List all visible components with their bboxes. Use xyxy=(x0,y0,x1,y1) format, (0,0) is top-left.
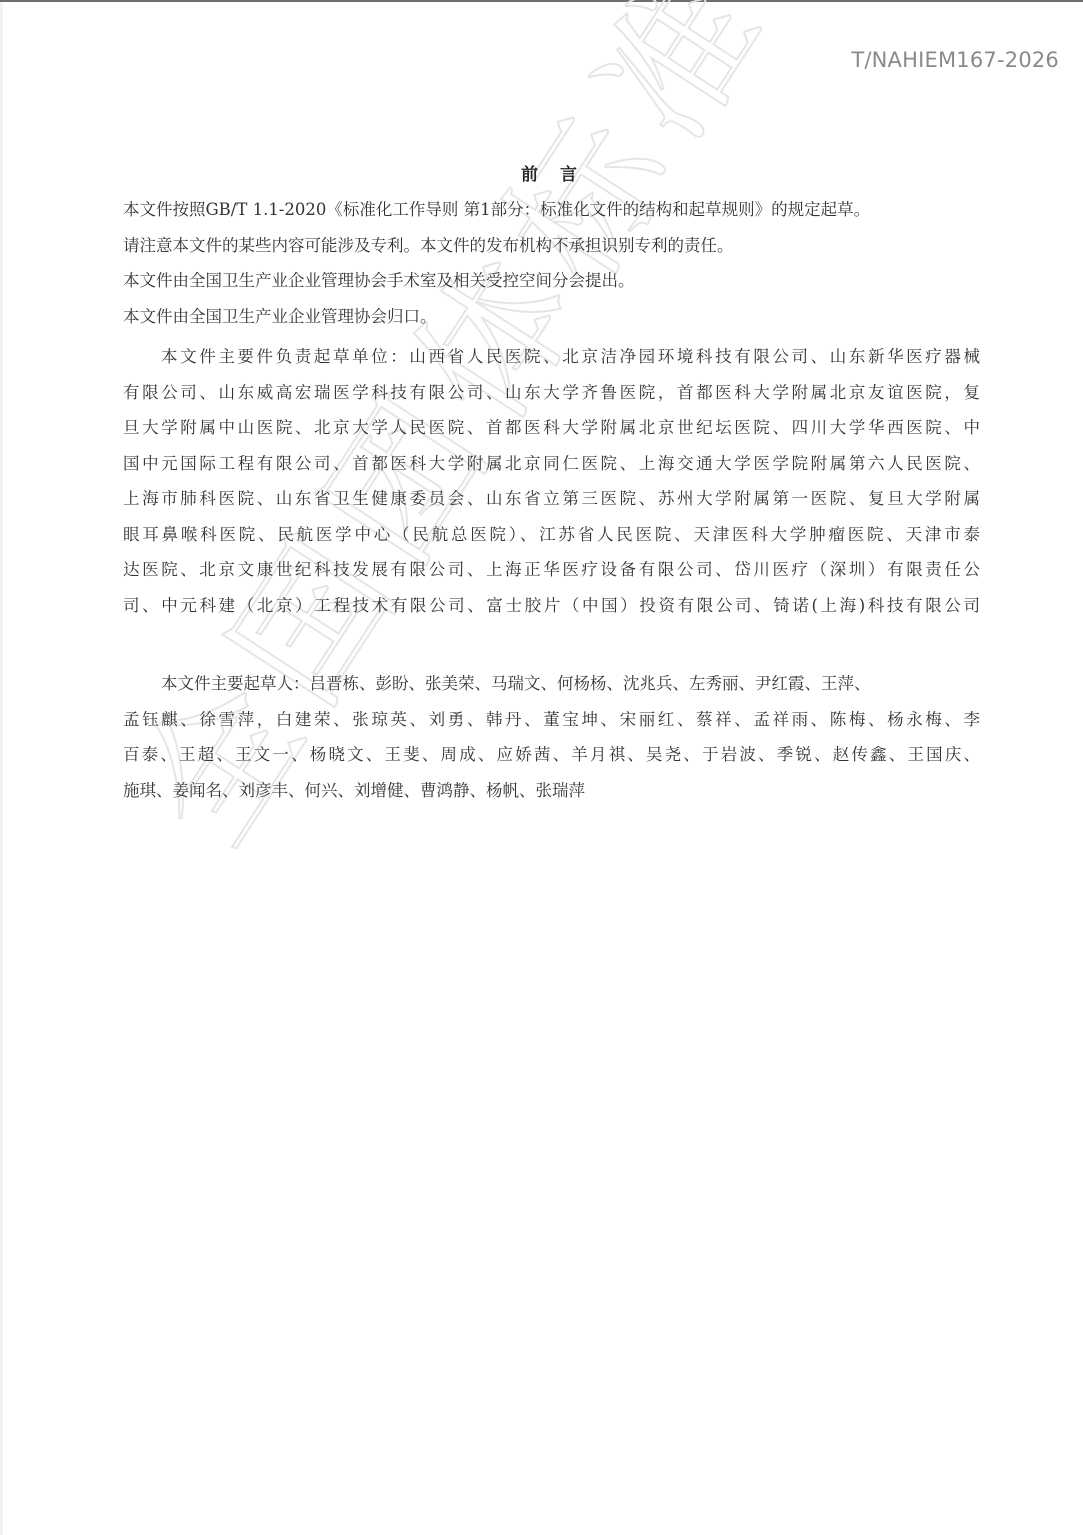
document-code: T/NAHIEM167-2026 xyxy=(851,48,1059,72)
drafting-units-line: 眼耳鼻喉科医院、民航医学中心（民航总医院）、江苏省人民医院、天津医科大学肿瘤医院… xyxy=(123,517,980,553)
top-border xyxy=(0,0,1083,2)
drafting-units-line: 本文件主要件负责起草单位：山西省人民医院、北京洁净园环境科技有限公司、山东新华医… xyxy=(123,339,980,375)
drafters-paragraph: 本文件主要起草人：吕晋栋、彭盼、张美荣、马瑞文、何杨杨、沈兆兵、左秀丽、尹红霞、… xyxy=(123,666,980,808)
drafters-line: 本文件主要起草人：吕晋栋、彭盼、张美荣、马瑞文、何杨杨、沈兆兵、左秀丽、尹红霞、… xyxy=(123,666,980,702)
foreword-statements: 本文件按照GB/T 1.1-2020《标准化工作导则 第1部分：标准化文件的结构… xyxy=(123,192,870,334)
drafters-line: 施琪、姜闻名、刘彦丰、何兴、刘增健、曹鸿静、杨帆、张瑞萍 xyxy=(123,773,980,809)
statement-patent: 请注意本文件的某些内容可能涉及专利。本文件的发布机构不承担识别专利的责任。 xyxy=(123,228,870,264)
drafting-units-line: 国中元国际工程有限公司、首都医科大学附属北京同仁医院、上海交通大学医学院附属第六… xyxy=(123,446,980,482)
foreword-title: 前 言 xyxy=(123,160,983,185)
drafting-units-line: 旦大学附属中山医院、北京大学人民医院、首都医科大学附属北京世纪坛医院、四川大学华… xyxy=(123,410,980,446)
drafting-units-line: 上海市肺科医院、山东省卫生健康委员会、山东省立第三医院、苏州大学附属第一医院、复… xyxy=(123,481,980,517)
statement-centralized-by: 本文件由全国卫生产业企业管理协会归口。 xyxy=(123,299,870,335)
drafting-units-line: 有限公司、山东威高宏瑞医学科技有限公司、山东大学齐鲁医院，首都医科大学附属北京友… xyxy=(123,375,980,411)
drafters-line: 百泰、王超、王文一、杨晓文、王斐、周成、应娇茜、羊月祺、吴尧、于岩波、季锐、赵传… xyxy=(123,737,980,773)
drafting-units-line: 达医院、北京文康世纪科技发展有限公司、上海正华医疗设备有限公司、岱川医疗（深圳）… xyxy=(123,552,980,588)
drafters-line: 孟钰麒、徐雪萍，白建荣、张琼英、刘勇、韩丹、董宝坤、宋丽红、蔡祥、孟祥雨、陈梅、… xyxy=(123,702,980,738)
drafting-units-paragraph: 本文件主要件负责起草单位：山西省人民医院、北京洁净园环境科技有限公司、山东新华医… xyxy=(123,339,980,623)
statement-drafting-rule: 本文件按照GB/T 1.1-2020《标准化工作导则 第1部分：标准化文件的结构… xyxy=(123,192,870,228)
drafting-units-line: 司、中元科建（北京）工程技术有限公司、富士胶片（中国）投资有限公司、锜诺(上海)… xyxy=(123,588,980,624)
page-left-edge xyxy=(0,2,3,1535)
statement-proposer: 本文件由全国卫生产业企业管理协会手术室及相关受控空间分会提出。 xyxy=(123,263,870,299)
